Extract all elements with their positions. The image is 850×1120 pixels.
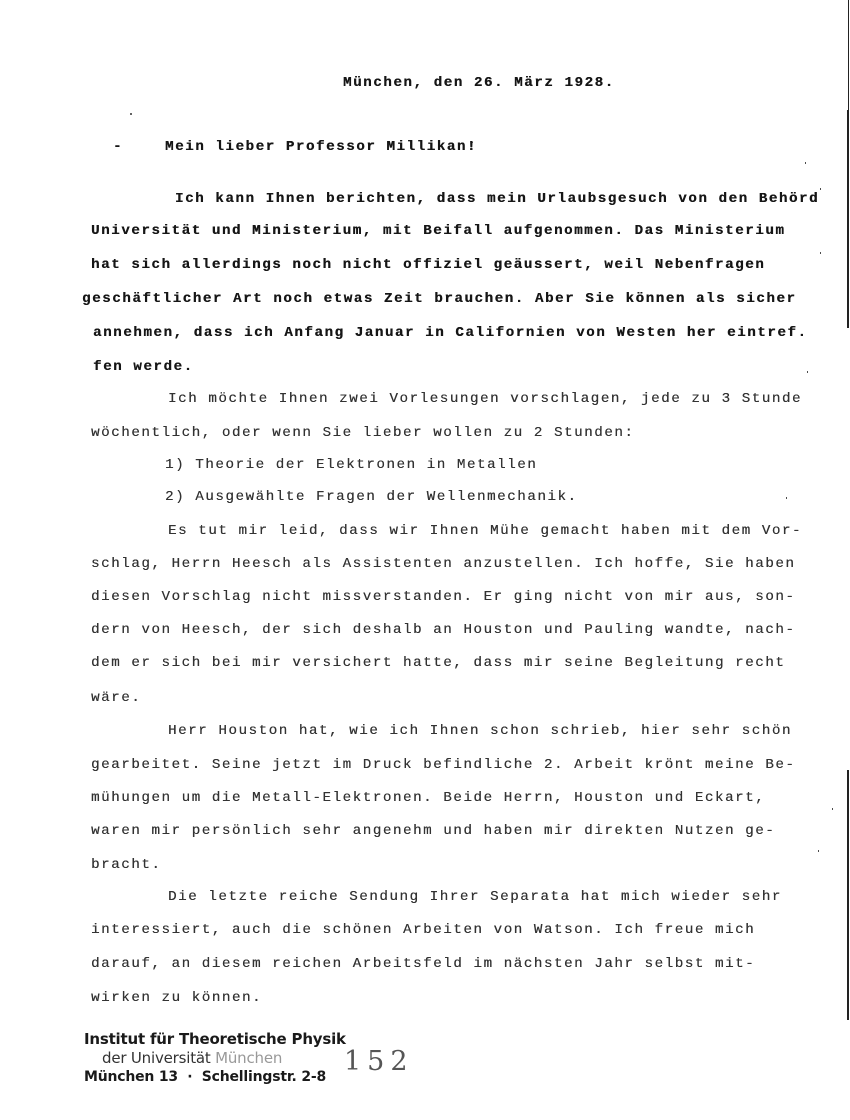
body-line: dem er sich bei mir versichert hatte, da…	[91, 654, 785, 672]
scan-speck	[807, 371, 808, 373]
scan-speck	[832, 808, 833, 810]
body-line: wäre.	[91, 689, 141, 707]
body-line: interessiert, auch die schönen Arbeiten …	[91, 921, 755, 939]
dateline: München, den 26. März 1928.	[343, 74, 615, 92]
body-line: Herr Houston hat, wie ich Ihnen schon sc…	[168, 722, 792, 740]
body-line: bracht.	[91, 856, 161, 874]
body-line: wirken zu können.	[91, 989, 262, 1007]
scan-edge-line-upper	[847, 110, 849, 328]
body-line: darauf, an diesem reichen Arbeitsfeld im…	[91, 955, 755, 973]
body-line: dern von Heesch, der sich deshalb an Hou…	[91, 621, 795, 639]
body-line: diesen Vorschlag nicht missverstanden. E…	[91, 588, 795, 606]
scan-speck	[805, 162, 806, 164]
scan-speck	[786, 497, 787, 499]
body-line: Es tut mir leid, dass wir Ihnen Mühe gem…	[168, 522, 802, 540]
body-line: schlag, Herrn Heesch als Assistenten anz…	[91, 555, 795, 573]
scan-speck	[818, 850, 819, 852]
body-line: Ich möchte Ihnen zwei Vorlesungen vorsch…	[168, 390, 802, 408]
stamp-university-line: der Universität München	[84, 1049, 346, 1068]
body-line: mühungen um die Metall-Elektronen. Beide…	[91, 789, 765, 807]
body-line: hat sich allerdings noch nicht offiziel …	[91, 256, 765, 274]
body-line: fen werde.	[93, 358, 194, 376]
stamp-city-faded: München	[215, 1049, 282, 1067]
scan-speck	[820, 188, 821, 190]
body-line: Ich kann Ihnen berichten, dass mein Urla…	[175, 190, 819, 208]
institute-stamp: Institut für Theoretische Physik der Uni…	[84, 1030, 346, 1087]
stamp-address: München 13 · Schellingstr. 2-8	[84, 1068, 346, 1087]
page-number: 152	[344, 1046, 414, 1077]
body-line: geschäftlicher Art noch etwas Zeit brauc…	[82, 290, 797, 308]
salutation: Mein lieber Professor Millikan!	[165, 138, 477, 156]
salutation-dash: -	[113, 138, 123, 156]
stamp-institute-name: Institut für Theoretische Physik	[84, 1030, 346, 1049]
body-line: Die letzte reiche Sendung Ihrer Separata…	[168, 888, 782, 906]
scan-speck	[820, 252, 821, 254]
list-item-2: 2) Ausgewählte Fragen der Wellenmechanik…	[165, 488, 578, 506]
body-line: waren mir persönlich sehr angenehm und h…	[91, 822, 775, 840]
scan-edge-line-top	[848, 0, 849, 110]
scan-speck	[130, 113, 132, 115]
stamp-university-text: der Universität	[102, 1049, 215, 1067]
body-line: gearbeitet. Seine jetzt im Druck befindl…	[91, 756, 795, 774]
body-line: wöchentlich, oder wenn Sie lieber wollen…	[91, 424, 634, 442]
list-item-1: 1) Theorie der Elektronen in Metallen	[165, 456, 537, 474]
body-line: annehmen, dass ich Anfang Januar in Cali…	[93, 324, 808, 342]
body-line: Universität und Ministerium, mit Beifall…	[91, 222, 785, 240]
letter-page: München, den 26. März 1928. - Mein liebe…	[0, 0, 850, 1120]
scan-edge-line-lower	[847, 770, 849, 1020]
